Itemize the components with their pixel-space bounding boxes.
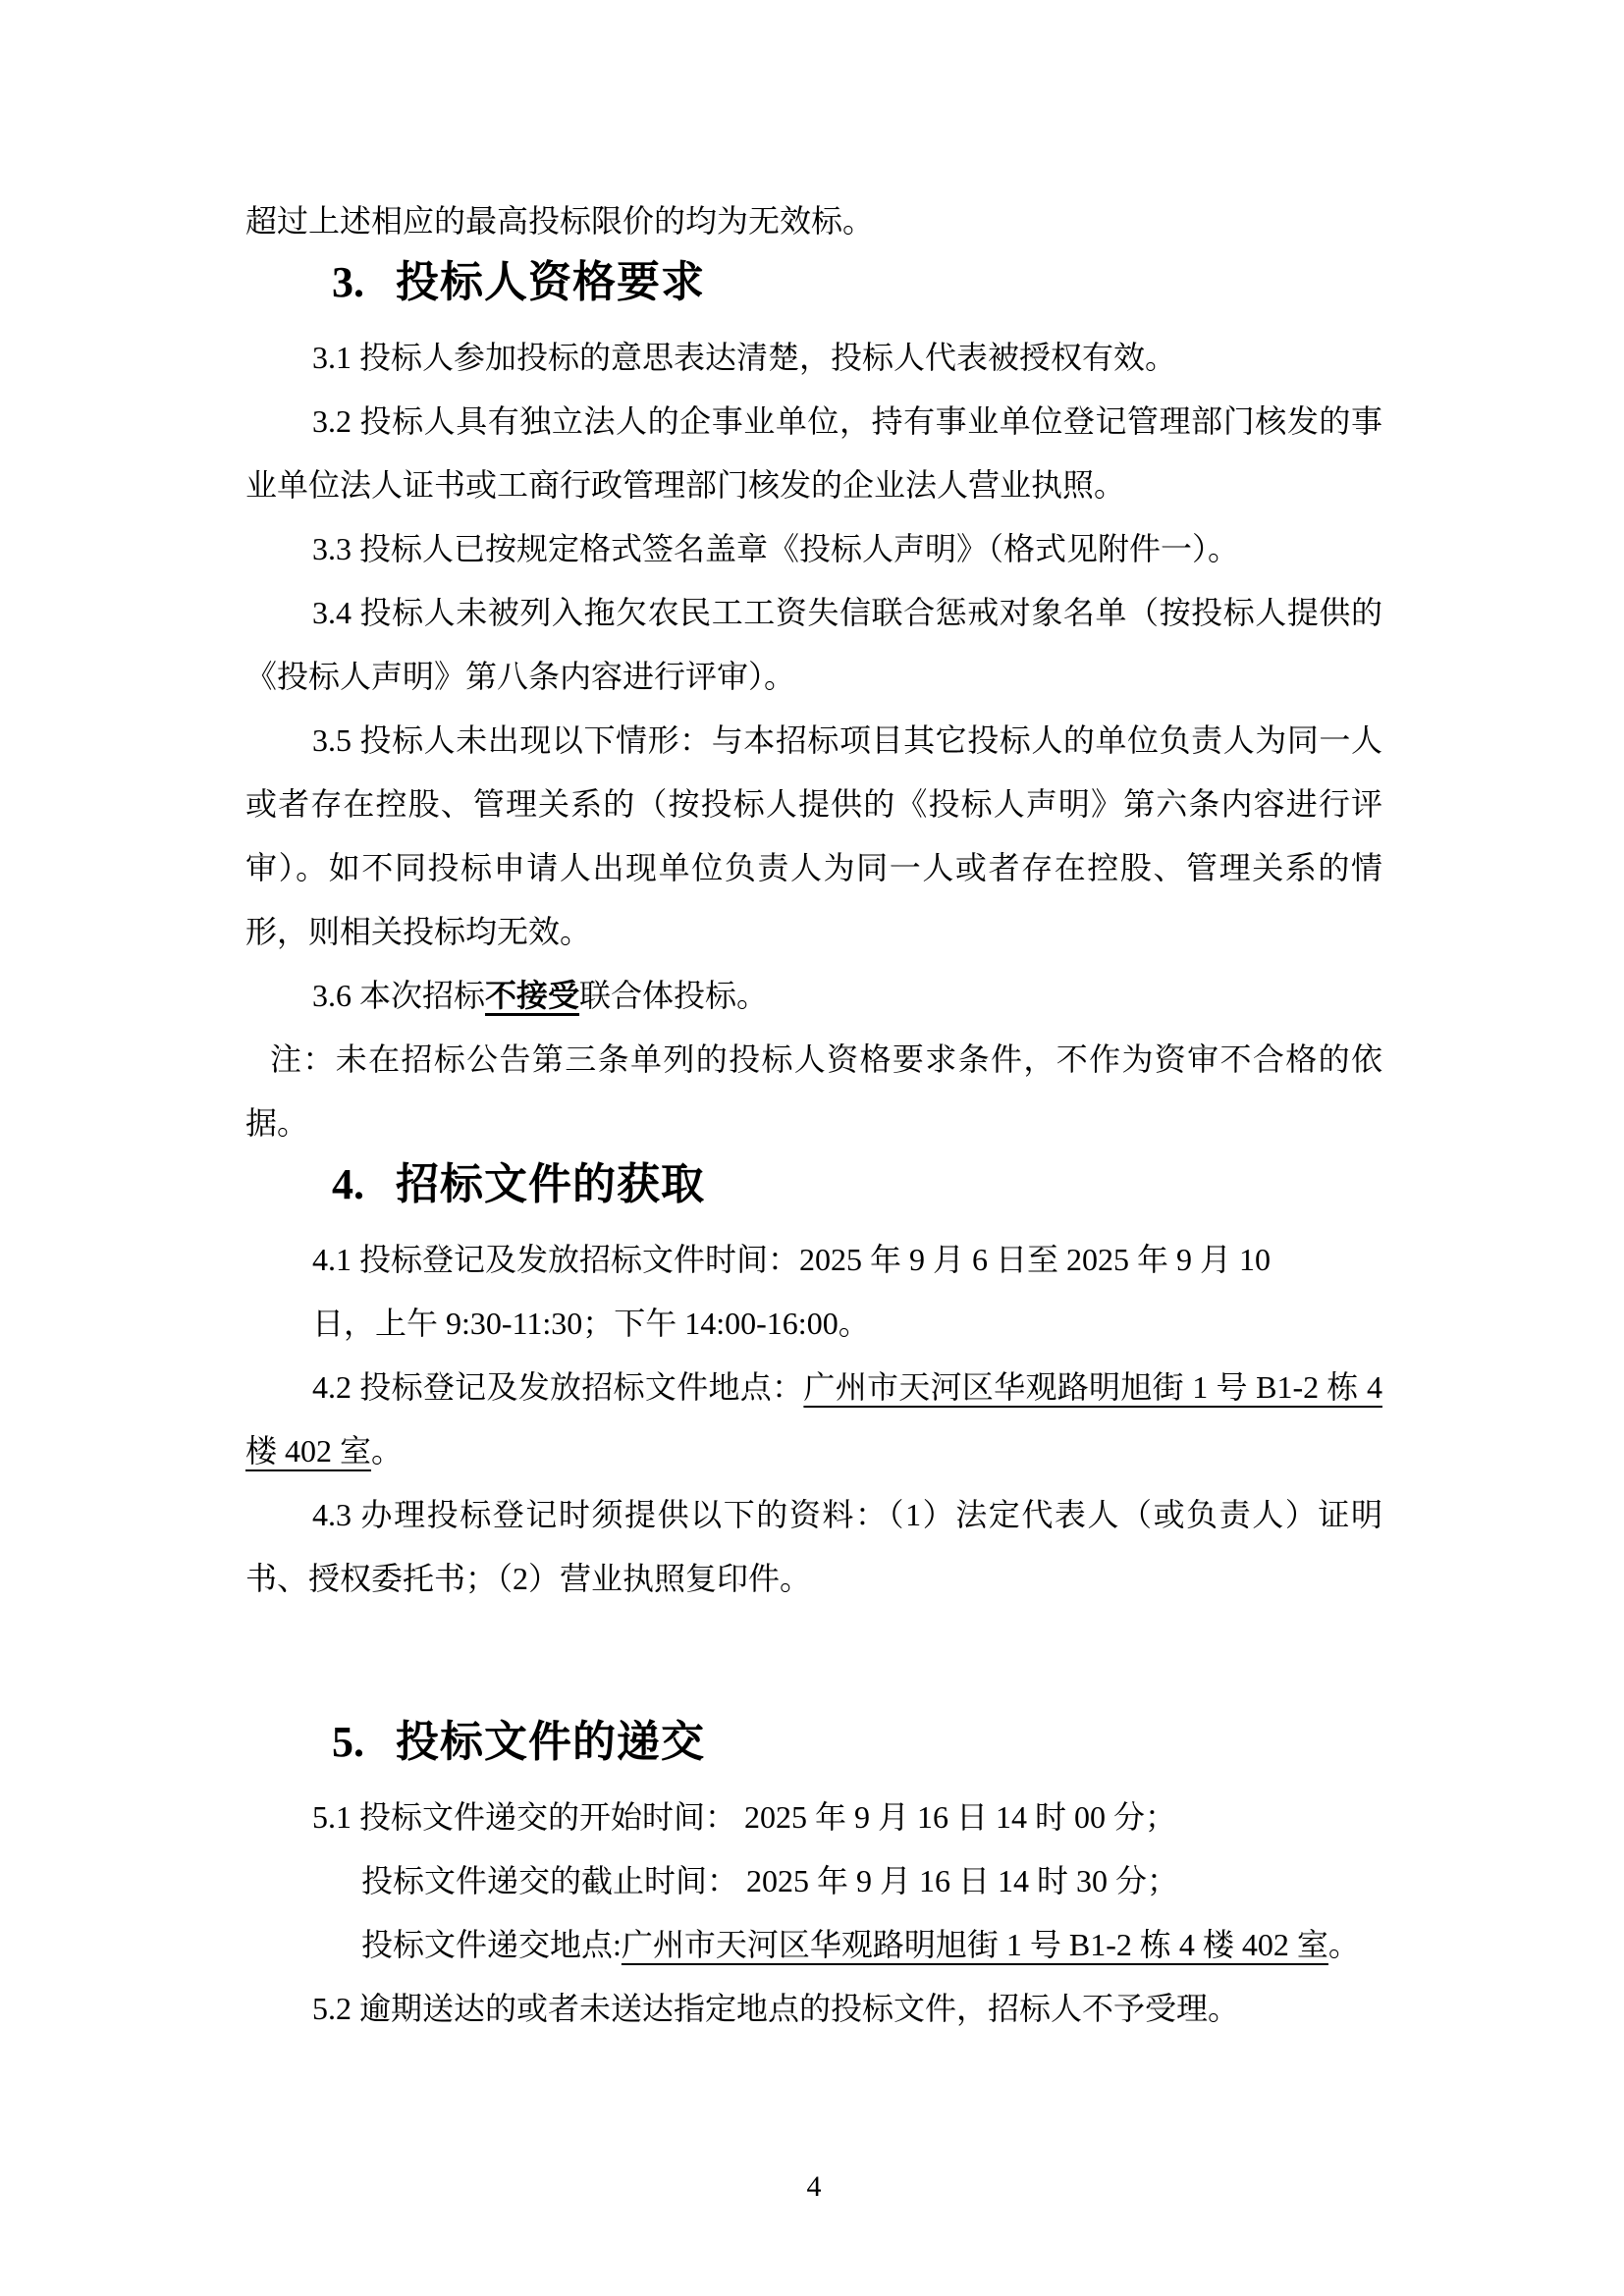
clause-3-6-prefix: 3.6 本次招标 <box>312 978 485 1013</box>
clause-5-1-line-3: 投标文件递交地点:广州市天河区华观路明旭街 1 号 B1-2 栋 4 楼 402… <box>245 1913 1382 1977</box>
clause-4-2: 4.2 投标登记及发放招标文件地点：广州市天河区华观路明旭街 1 号 B1-2 … <box>245 1356 1382 1483</box>
clause-5-1-line-3-suffix: 。 <box>1328 1927 1360 1962</box>
section-3-note: 注：未在招标公告第三条单列的投标人资格要求条件，不作为资审不合格的依据。 <box>245 1028 1382 1155</box>
intro-paragraph: 超过上述相应的最高投标限价的均为无效标。 <box>245 189 1382 253</box>
section-3-heading: 3.投标人资格要求 <box>245 253 1382 312</box>
clause-4-1-line-2: 日，上午 9:30-11:30；下午 14:00-16:00。 <box>245 1292 1382 1356</box>
clause-4-2-suffix: 。 <box>371 1433 403 1468</box>
clause-3-5: 3.5 投标人未出现以下情形：与本招标项目其它投标人的单位负责人为同一人或者存在… <box>245 709 1382 964</box>
clause-5-1-line-1: 5.1 投标文件递交的开始时间： 2025 年 9 月 16 日 14 时 00… <box>245 1786 1382 1849</box>
clause-3-1: 3.1 投标人参加投标的意思表达清楚，投标人代表被授权有效。 <box>245 326 1382 390</box>
clause-5-1-line-3-prefix: 投标文件递交地点: <box>361 1927 622 1962</box>
clause-3-6-emphasis: 不接受 <box>485 978 579 1013</box>
clause-5-1-line-3-address: 广州市天河区华观路明旭街 1 号 B1-2 栋 4 楼 402 室 <box>622 1927 1328 1962</box>
clause-3-6: 3.6 本次招标不接受联合体投标。 <box>245 964 1382 1028</box>
clause-3-2: 3.2 投标人具有独立法人的企事业单位，持有事业单位登记管理部门核发的事业单位法… <box>245 390 1382 517</box>
section-5-heading: 5.投标文件的递交 <box>245 1713 1382 1772</box>
clause-4-1-line-1: 4.1 投标登记及发放招标文件时间：2025 年 9 月 6 日至 2025 年… <box>245 1228 1382 1292</box>
section-4-number: 4. <box>332 1155 364 1214</box>
section-5-title: 投标文件的递交 <box>396 1718 705 1766</box>
document-page: 超过上述相应的最高投标限价的均为无效标。 3.投标人资格要求 3.1 投标人参加… <box>0 0 1624 2296</box>
section-5-number: 5. <box>332 1713 364 1772</box>
clause-3-6-suffix: 联合体投标。 <box>579 978 768 1013</box>
section-3-title: 投标人资格要求 <box>396 258 705 306</box>
section-4-title: 招标文件的获取 <box>396 1160 705 1208</box>
clause-3-3: 3.3 投标人已按规定格式签名盖章《投标人声明》（格式见附件一）。 <box>245 517 1382 581</box>
page-number: 4 <box>245 2155 1382 2218</box>
section-3-number: 3. <box>332 253 364 312</box>
clause-3-4: 3.4 投标人未被列入拖欠农民工工资失信联合惩戒对象名单（按投标人提供的《投标人… <box>245 581 1382 709</box>
clause-4-2-prefix: 4.2 投标登记及发放招标文件地点： <box>312 1369 803 1405</box>
clause-5-2: 5.2 逾期送达的或者未送达指定地点的投标文件，招标人不予受理。 <box>245 1977 1382 2041</box>
clause-4-3: 4.3 办理投标登记时须提供以下的资料：（1）法定代表人（或负责人）证明书、授权… <box>245 1483 1382 1611</box>
section-4-heading: 4.招标文件的获取 <box>245 1155 1382 1214</box>
clause-5-1-line-2: 投标文件递交的截止时间： 2025 年 9 月 16 日 14 时 30 分； <box>245 1849 1382 1913</box>
